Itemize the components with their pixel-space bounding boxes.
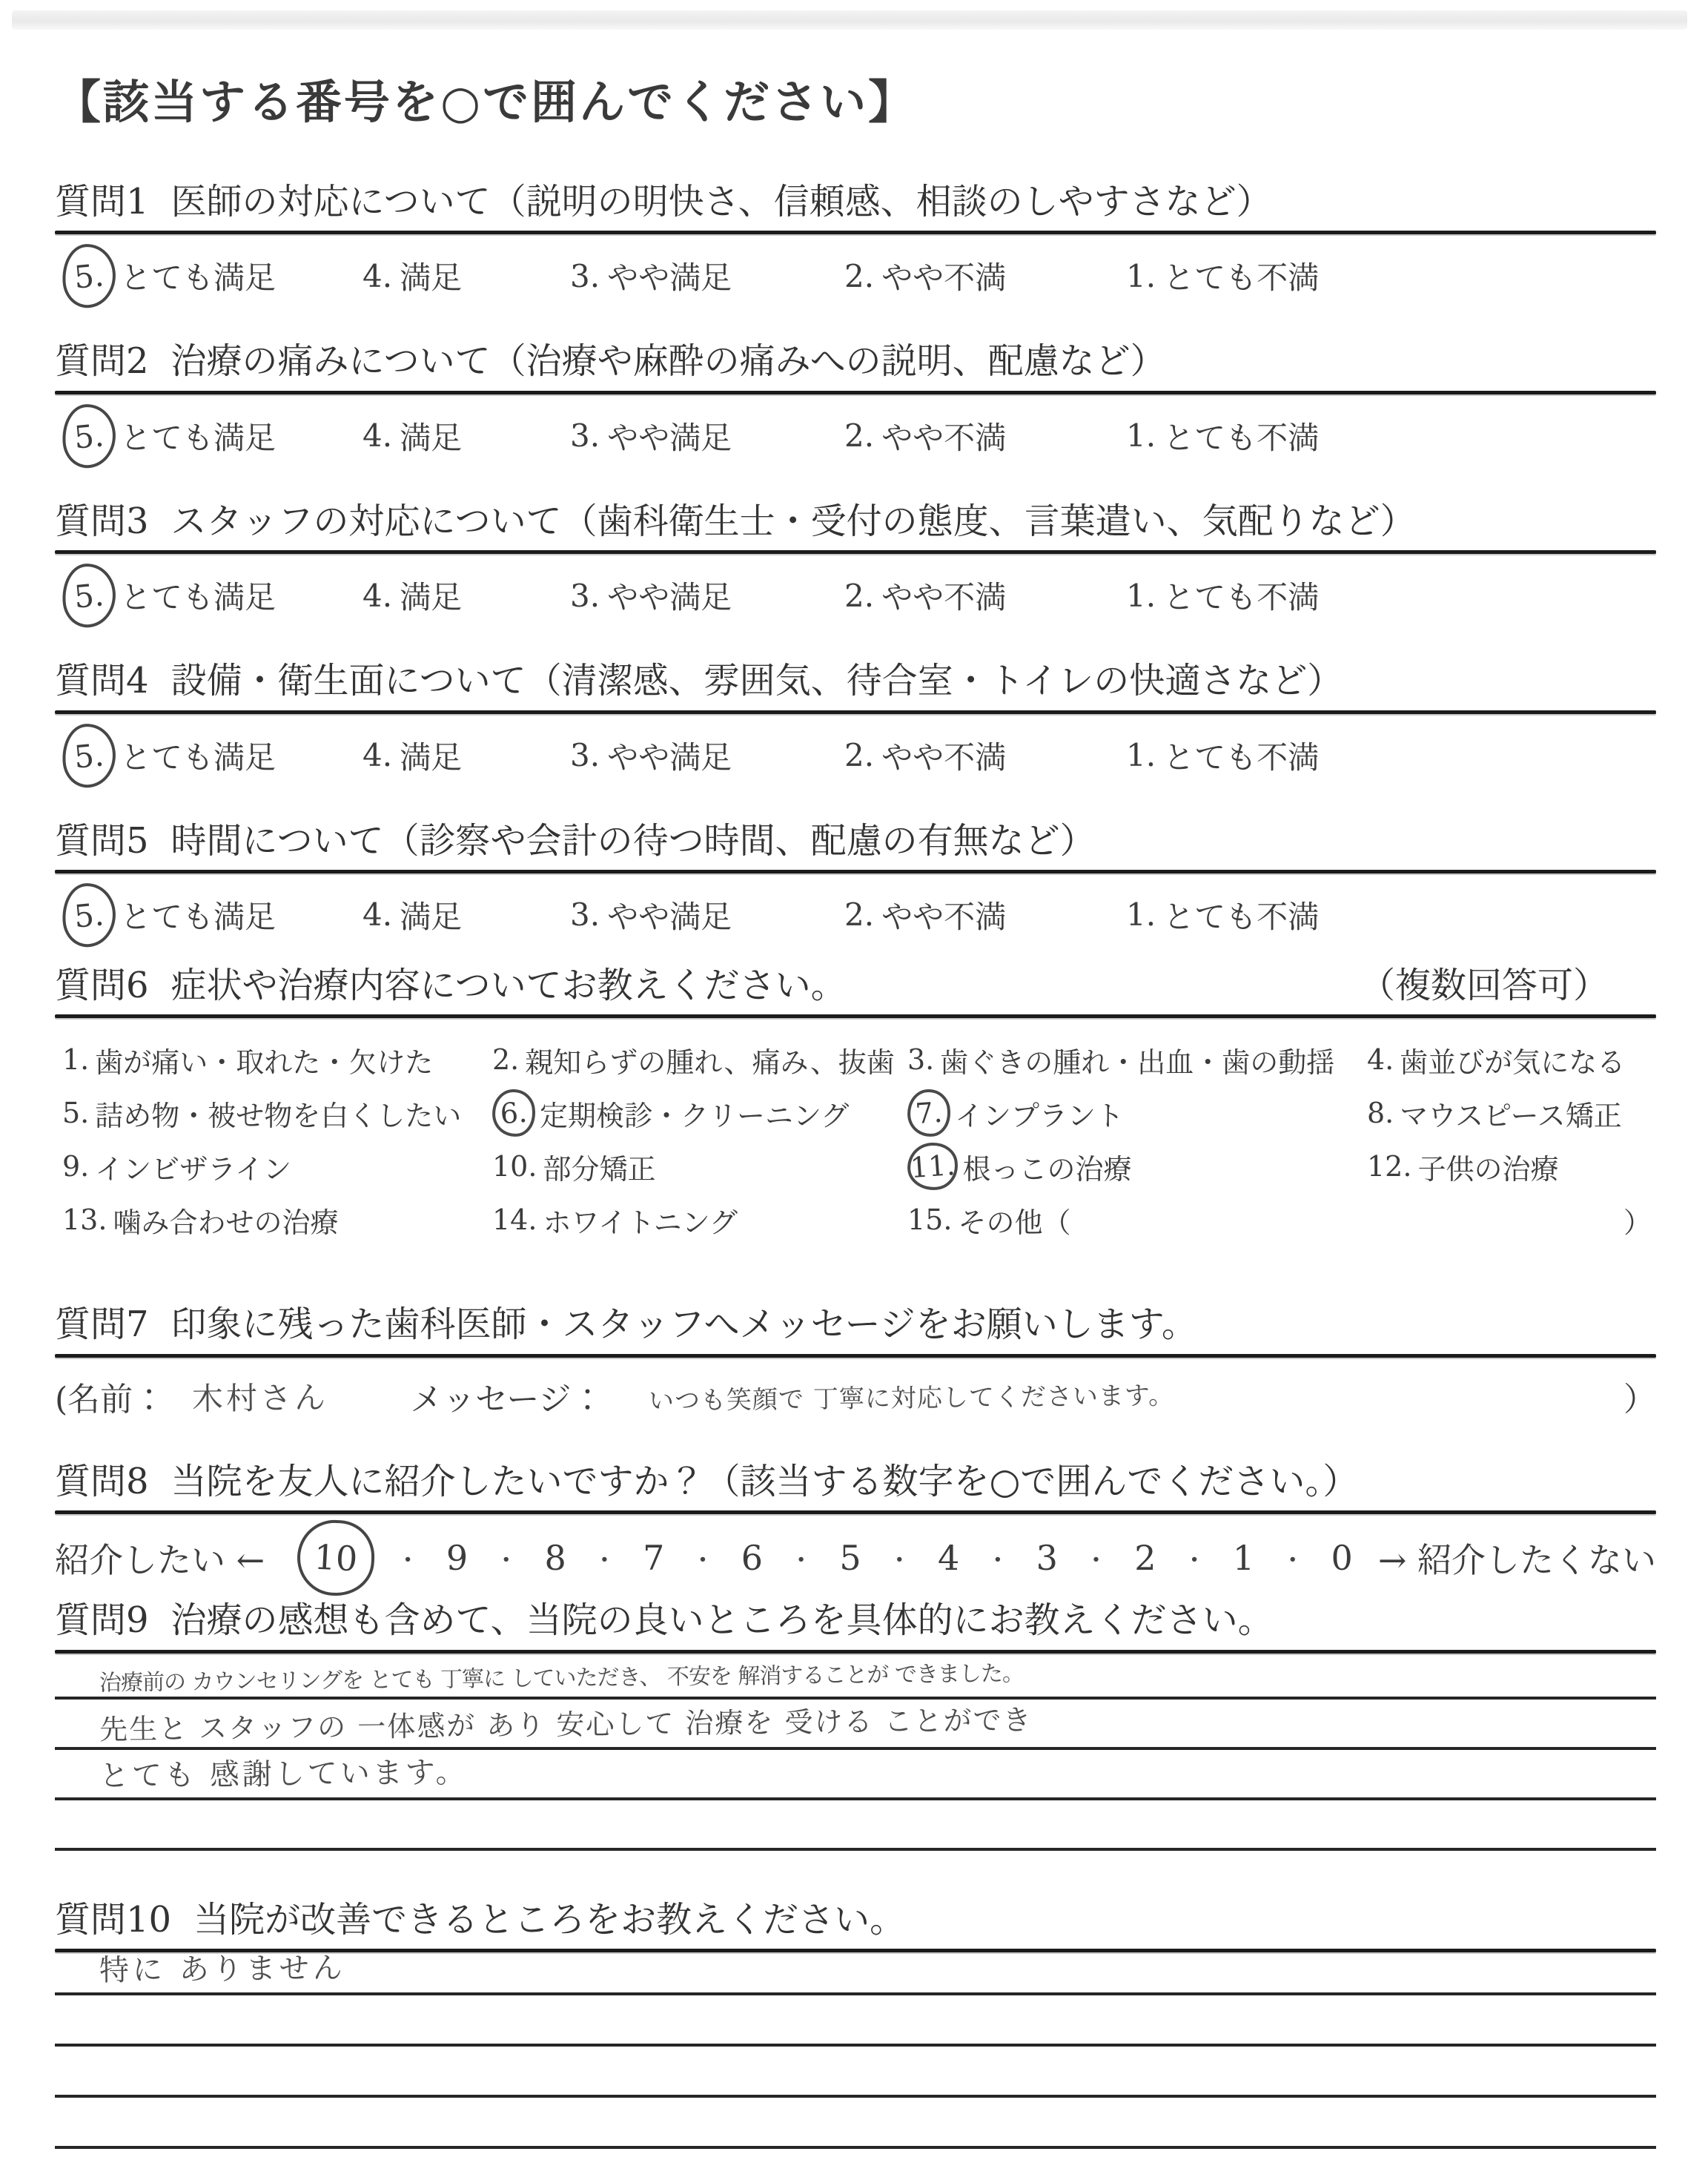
option-number: 5. — [73, 576, 105, 615]
question-text: 治療の感想も含めて、当院の良いところを具体的にお教えください。 — [171, 1597, 1274, 1643]
scale-dot: ・ — [395, 1540, 420, 1576]
option-label: やや不満 — [881, 733, 1006, 778]
option-label: とても満足 — [120, 733, 276, 778]
rating-option-1: 1.とても不満 — [1126, 414, 1319, 458]
answer-line — [55, 2098, 1656, 2149]
close-paren: ） — [1623, 1373, 1656, 1420]
rating-options-row: 5.とても満足 4.満足 3.やや満足 2.やや不満 1.とても不満 — [55, 563, 1656, 628]
handwritten-circle: 6. — [491, 1088, 537, 1138]
option-number: 3. — [570, 417, 600, 454]
option-number: 8. — [1367, 1097, 1394, 1129]
handwritten-circle: 7. — [906, 1088, 952, 1138]
rating-option-4: 4.満足 — [363, 254, 570, 298]
rating-option-2: 2.やや不満 — [844, 573, 1126, 618]
header-rule — [55, 391, 1656, 394]
scale-value-0: 0 — [1331, 1538, 1352, 1578]
rating-option-4: 4.満足 — [363, 733, 570, 778]
symptom-option-6: 6.定期検診・クリーニング — [492, 1086, 907, 1140]
answer-line — [55, 2047, 1656, 2098]
question-8-block: 質問8 当院を友人に紹介したいですか？（該当する数字を○で囲んでください。） 紹… — [55, 1459, 1656, 1597]
option-number: 5. — [62, 1097, 89, 1129]
scale-value-8: 8 — [544, 1538, 566, 1578]
option-label: 部分矯正 — [543, 1146, 655, 1187]
question-1-block: 質問1 医師の対応について（説明の明快さ、信頼感、相談のしやすさなど） 5.とて… — [55, 179, 1656, 308]
question-text: 医師の対応について（説明の明快さ、信頼感、相談のしやすさなど） — [171, 179, 1272, 225]
option-label: やや不満 — [881, 893, 1006, 937]
symptom-option-3: 3.歯ぐきの腫れ・出血・歯の動揺 — [907, 1033, 1367, 1086]
question-4-header: 質問4 設備・衛生面について（清潔感、雰囲気、待合室・トイレの快適さなど） — [55, 658, 1656, 704]
option-number: 6. — [499, 1096, 528, 1130]
question-2-block: 質問2 治療の痛みについて（治療や麻酔の痛みへの説明、配慮など） 5.とても満足… — [55, 338, 1656, 468]
option-number: 12. — [1367, 1150, 1411, 1183]
rating-option-3: 3.やや満足 — [570, 254, 844, 298]
option-number: 3. — [570, 258, 600, 294]
question-text: 症状や治療内容についてお教えください。 — [171, 962, 847, 1008]
name-label: (名前： — [55, 1373, 165, 1420]
question-text: 当院を友人に紹介したいですか？（該当する数字を○で囲んでください。） — [171, 1459, 1359, 1505]
scale-dot: ・ — [887, 1540, 912, 1576]
header-rule — [55, 1510, 1656, 1514]
symptom-option-14: 14.ホワイトニング — [492, 1193, 907, 1246]
question-10-block: 質問10 当院が改善できるところをお教えください。 特に ありません — [55, 1897, 1656, 2149]
option-label: とても不満 — [1163, 893, 1319, 937]
option-number: 2. — [844, 896, 874, 933]
scale-value-9: 9 — [446, 1538, 468, 1578]
handwritten-circle: 10 — [296, 1518, 377, 1597]
question-9-block: 質問9 治療の感想も含めて、当院の良いところを具体的にお教えください。 治療前の… — [55, 1597, 1656, 1850]
scale-dot: ・ — [1280, 1540, 1305, 1576]
option-label: ホワイトニング — [543, 1200, 738, 1241]
option-number: 15. — [907, 1203, 952, 1236]
question-7-header: 質問7 印象に残った歯科医師・スタッフへメッセージをお願いします。 — [55, 1301, 1656, 1347]
rating-option-1: 1.とても不満 — [1126, 733, 1319, 778]
scale-values: ・ 9 ・ 8 ・ 7 ・ 6 ・ 5 ・ 4 ・ 3 ・ 2 ・ 1 ・ 0 — [395, 1538, 1353, 1578]
handwritten-circle: 5. — [59, 721, 118, 790]
rating-option-3: 3.やや満足 — [570, 414, 844, 458]
option-label: その他（ — [958, 1200, 1070, 1241]
handwritten-message: いつも笑顔で 丁寧に対応してくださいます。 — [648, 1375, 1174, 1417]
header-rule — [55, 710, 1656, 714]
question-number: 質問5 — [55, 818, 149, 864]
option-label: やや満足 — [607, 414, 732, 458]
question-text: スタッフの対応について（歯科衛生士・受付の態度、言葉遣い、気配りなど） — [171, 498, 1416, 544]
scale-left-label: 紹介したい ← — [55, 1533, 265, 1582]
scale-value-1: 1 — [1233, 1538, 1254, 1578]
option-number: 1. — [1126, 737, 1156, 773]
rating-option-1: 1.とても不満 — [1126, 254, 1319, 298]
symptom-option-5: 5.詰め物・被せ物を白くしたい — [62, 1086, 492, 1140]
option-number: 9. — [62, 1150, 89, 1183]
scale-dot: ・ — [592, 1540, 617, 1576]
question-number: 質問1 — [55, 179, 149, 225]
option-number: 10. — [492, 1150, 537, 1183]
handwritten-circle: 5. — [59, 402, 118, 470]
question-text: 印象に残った歯科医師・スタッフへメッセージをお願いします。 — [171, 1301, 1197, 1347]
option-label: 満足 — [400, 733, 462, 778]
option-number: 1. — [1126, 896, 1156, 933]
rating-option-1: 1.とても不満 — [1126, 573, 1319, 618]
option-number: 2. — [844, 417, 874, 454]
question-text: 治療の痛みについて（治療や麻酔の痛みへの説明、配慮など） — [171, 338, 1166, 384]
page-title: 【該当する番号を○で囲んでください】 — [55, 65, 1656, 131]
question-text: 時間について（診察や会計の待つ時間、配慮の有無など） — [171, 818, 1096, 864]
option-label: とても満足 — [120, 573, 276, 618]
option-number: 14. — [492, 1203, 537, 1236]
rating-option-4: 4.満足 — [363, 573, 570, 618]
question-9-header: 質問9 治療の感想も含めて、当院の良いところを具体的にお教えください。 — [55, 1597, 1656, 1643]
scale-value-4: 4 — [938, 1538, 959, 1578]
option-number: 1. — [1126, 417, 1156, 454]
option-label: 噛み合わせの治療 — [113, 1200, 338, 1241]
nps-scale-row: 紹介したい ← 10 ・ 9 ・ 8 ・ 7 ・ 6 ・ 5 ・ 4 ・ 3 ・… — [55, 1519, 1656, 1597]
rating-options-row: 5.とても満足 4.満足 3.やや満足 2.やや不満 1.とても不満 — [55, 723, 1656, 788]
option-number: 2. — [844, 578, 874, 614]
symptom-option-4: 4.歯並びが気になる — [1367, 1033, 1656, 1086]
option-label: 満足 — [400, 573, 462, 618]
option-number: 1. — [1126, 258, 1156, 294]
message-answer-row: (名前： 木村さん メッセージ： いつも笑顔で 丁寧に対応してくださいます。 ） — [55, 1367, 1656, 1426]
handwritten-circle: 5. — [59, 561, 118, 630]
option-label: 親知らずの腫れ、痛み、抜歯 — [525, 1040, 895, 1080]
scale-right-label: → 紹介したくない — [1378, 1533, 1656, 1582]
answer-line — [55, 1995, 1656, 2047]
question-number: 質問4 — [55, 658, 149, 704]
symptom-option-8: 8.マウスピース矯正 — [1367, 1086, 1656, 1140]
symptom-option-10: 10.部分矯正 — [492, 1140, 907, 1193]
option-label: とても不満 — [1163, 254, 1319, 298]
option-number: 4. — [1367, 1043, 1394, 1076]
handwritten-name: 木村さん — [192, 1373, 329, 1419]
option-number: 4. — [363, 258, 392, 294]
option-label: やや満足 — [607, 733, 732, 778]
option-number: 2. — [492, 1043, 519, 1076]
question-5-block: 質問5 時間について（診察や会計の待つ時間、配慮の有無など） 5.とても満足 4… — [55, 818, 1656, 948]
option-number: 7. — [914, 1096, 943, 1130]
option-label: やや満足 — [607, 893, 732, 937]
question-number: 質問10 — [55, 1897, 171, 1943]
rating-option-2: 2.やや不満 — [844, 254, 1126, 298]
symptom-option-1: 1.歯が痛い・取れた・欠けた — [62, 1033, 492, 1086]
question-number: 質問2 — [55, 338, 149, 384]
question-2-header: 質問2 治療の痛みについて（治療や麻酔の痛みへの説明、配慮など） — [55, 338, 1656, 384]
option-number: 4. — [363, 417, 392, 454]
option-label: とても満足 — [120, 414, 276, 458]
scale-dot: ・ — [789, 1540, 814, 1576]
rating-option-2: 2.やや不満 — [844, 893, 1126, 937]
question-number: 質問6 — [55, 962, 149, 1008]
rating-options-row: 5.とても満足 4.満足 3.やや満足 2.やや不満 1.とても不満 — [55, 243, 1656, 308]
question-number: 質問9 — [55, 1597, 149, 1643]
option-label: 子供の治療 — [1417, 1146, 1558, 1187]
question-number: 質問7 — [55, 1301, 149, 1347]
question-1-header: 質問1 医師の対応について（説明の明快さ、信頼感、相談のしやすさなど） — [55, 179, 1656, 225]
option-number: 2. — [844, 737, 874, 773]
option-number: 4. — [363, 737, 392, 773]
option-label: マウスピース矯正 — [1400, 1093, 1621, 1134]
option-number: 4. — [363, 578, 392, 614]
option-label: とても満足 — [120, 893, 276, 937]
question-number: 質問3 — [55, 498, 149, 544]
handwritten-circle: 5. — [59, 242, 118, 310]
option-number: 3. — [907, 1043, 934, 1076]
option-number: 4. — [363, 896, 392, 933]
option-number: 5. — [73, 736, 105, 774]
option-label: やや満足 — [607, 573, 732, 618]
option-label: やや不満 — [881, 254, 1006, 298]
option-label: 歯並びが気になる — [1400, 1040, 1625, 1080]
rating-option-3: 3.やや満足 — [570, 893, 844, 937]
header-rule — [55, 231, 1656, 234]
question-6-header: 質問6 症状や治療内容についてお教えください。 （複数回答可） — [55, 962, 1656, 1008]
scale-dot: ・ — [1182, 1540, 1207, 1576]
rating-option-5: 5.とても満足 — [62, 564, 363, 627]
symptom-option-7: 7.インプラント — [907, 1086, 1367, 1140]
rating-option-3: 3.やや満足 — [570, 733, 844, 778]
option-number: 3. — [570, 896, 600, 933]
rating-option-4: 4.満足 — [363, 893, 570, 937]
scale-dot: ・ — [494, 1540, 519, 1576]
question-text: 設備・衛生面について（清潔感、雰囲気、待合室・トイレの快適さなど） — [171, 658, 1343, 704]
option-number: 5. — [73, 257, 105, 295]
option-label: とても不満 — [1163, 733, 1319, 778]
option-label: やや不満 — [881, 414, 1006, 458]
survey-page: 【該当する番号を○で囲んでください】 質問1 医師の対応について（説明の明快さ、… — [0, 0, 1708, 2149]
question-4-block: 質問4 設備・衛生面について（清潔感、雰囲気、待合室・トイレの快適さなど） 5.… — [55, 658, 1656, 787]
question-3-block: 質問3 スタッフの対応について（歯科衛生士・受付の態度、言葉遣い、気配りなど） … — [55, 498, 1656, 628]
option-number: 1. — [62, 1043, 89, 1076]
scale-value-7: 7 — [643, 1538, 664, 1578]
symptom-option-2: 2.親知らずの腫れ、痛み、抜歯 — [492, 1033, 907, 1086]
rating-option-5: 5.とても満足 — [62, 724, 363, 787]
scale-dot: ・ — [690, 1540, 715, 1576]
answer-line: 特に ありません — [55, 1952, 1656, 1995]
answer-line — [55, 1800, 1656, 1851]
question-number: 質問8 — [55, 1459, 149, 1505]
option-label: 定期検診・クリーニング — [540, 1093, 849, 1134]
handwritten-circle: 5. — [59, 881, 118, 949]
option-label: 満足 — [400, 414, 462, 458]
symptom-option-15: 15.その他（ — [907, 1193, 1367, 1246]
option-number: 2. — [844, 258, 874, 294]
rating-option-4: 4.満足 — [363, 414, 570, 458]
option-label: 根っこの治療 — [962, 1146, 1131, 1187]
symptom-option-12: 12.子供の治療 — [1367, 1140, 1656, 1193]
option-label: 歯ぐきの腫れ・出血・歯の動揺 — [940, 1040, 1334, 1080]
rating-option-5: 5.とても満足 — [62, 883, 363, 947]
scale-value-6: 6 — [741, 1538, 763, 1578]
handwritten-answer: 先生と スタッフの 一体感が あり 安心して 治療を 受ける ことができ — [99, 1697, 1033, 1747]
header-rule — [55, 1014, 1656, 1018]
option-number: 5. — [73, 896, 105, 934]
answer-line: 治療前の カウンセリングを とても 丁寧に していただき、 不安を 解消すること… — [55, 1654, 1656, 1700]
header-rule — [55, 550, 1656, 554]
scale-dot: ・ — [985, 1540, 1010, 1576]
scale-value-5: 5 — [839, 1538, 861, 1578]
question-5-header: 質問5 時間について（診察や会計の待つ時間、配慮の有無など） — [55, 818, 1656, 864]
rating-options-row: 5.とても満足 4.満足 3.やや満足 2.やや不満 1.とても不満 — [55, 403, 1656, 469]
option-label: 詰め物・被せ物を白くしたい — [95, 1093, 461, 1134]
option-number: 11. — [910, 1149, 956, 1184]
option-label: インプラント — [955, 1093, 1124, 1134]
option-label: 満足 — [400, 254, 462, 298]
rating-option-5: 5.とても満足 — [62, 244, 363, 308]
option-number: 13. — [62, 1203, 107, 1236]
rating-option-2: 2.やや不満 — [844, 414, 1126, 458]
question-8-header: 質問8 当院を友人に紹介したいですか？（該当する数字を○で囲んでください。） — [55, 1459, 1656, 1505]
scale-value-10: 10 — [314, 1537, 359, 1579]
option-label: とても不満 — [1163, 573, 1319, 618]
handwritten-answer: 特に ありません — [99, 1944, 346, 1989]
option-number: 1. — [1126, 578, 1156, 614]
rating-options-row: 5.とても満足 4.満足 3.やや満足 2.やや不満 1.とても不満 — [55, 882, 1656, 948]
option-label: 歯が痛い・取れた・欠けた — [95, 1040, 433, 1080]
question-10-header: 質問10 当院が改善できるところをお教えください。 — [55, 1897, 1656, 1943]
question-3-header: 質問3 スタッフの対応について（歯科衛生士・受付の態度、言葉遣い、気配りなど） — [55, 498, 1656, 544]
option-label: やや満足 — [607, 254, 732, 298]
option-number: 3. — [570, 578, 600, 614]
question-text: 当院が改善できるところをお教えください。 — [193, 1897, 905, 1943]
option-number: 3. — [570, 737, 600, 773]
option-label: インビザライン — [95, 1146, 291, 1187]
rating-option-2: 2.やや不満 — [844, 733, 1126, 778]
symptom-option-11: 11.根っこの治療 — [907, 1140, 1367, 1193]
question-6-block: 質問6 症状や治療内容についてお教えください。 （複数回答可） 1.歯が痛い・取… — [55, 962, 1656, 1246]
option-number: 5. — [73, 417, 105, 455]
scale-dot: ・ — [1084, 1540, 1109, 1576]
multiple-answers-note: （複数回答可） — [1360, 962, 1609, 1008]
handwritten-answer: 治療前の カウンセリングを とても 丁寧に していただき、 不安を 解消すること… — [99, 1654, 1024, 1697]
option-label: やや不満 — [881, 573, 1006, 618]
rating-option-3: 3.やや満足 — [570, 573, 844, 618]
scale-value-2: 2 — [1134, 1538, 1156, 1578]
handwritten-answer: とても 感謝しています。 — [99, 1748, 469, 1794]
symptom-options-grid: 1.歯が痛い・取れた・欠けた 2.親知らずの腫れ、痛み、抜歯 3.歯ぐきの腫れ・… — [55, 1033, 1656, 1246]
symptom-option-9: 9.インビザライン — [62, 1140, 492, 1193]
option-label: とても満足 — [120, 254, 276, 298]
answer-line: 先生と スタッフの 一体感が あり 安心して 治療を 受ける ことができ — [55, 1700, 1656, 1750]
rating-option-5: 5.とても満足 — [62, 404, 363, 468]
symptom-option-13: 13.噛み合わせの治療 — [62, 1193, 492, 1246]
option-label: とても不満 — [1163, 414, 1319, 458]
answer-line: とても 感謝しています。 — [55, 1750, 1656, 1800]
handwritten-circle: 11. — [906, 1141, 960, 1192]
scale-value-3: 3 — [1036, 1538, 1058, 1578]
header-rule — [55, 1354, 1656, 1358]
rating-option-1: 1.とても不満 — [1126, 893, 1319, 937]
option-label: 満足 — [400, 893, 462, 937]
question-7-block: 質問7 印象に残った歯科医師・スタッフへメッセージをお願いします。 (名前： 木… — [55, 1301, 1656, 1425]
message-label: メッセージ： — [410, 1373, 603, 1420]
header-rule — [55, 870, 1656, 873]
other-close-paren: ） — [1367, 1193, 1656, 1246]
